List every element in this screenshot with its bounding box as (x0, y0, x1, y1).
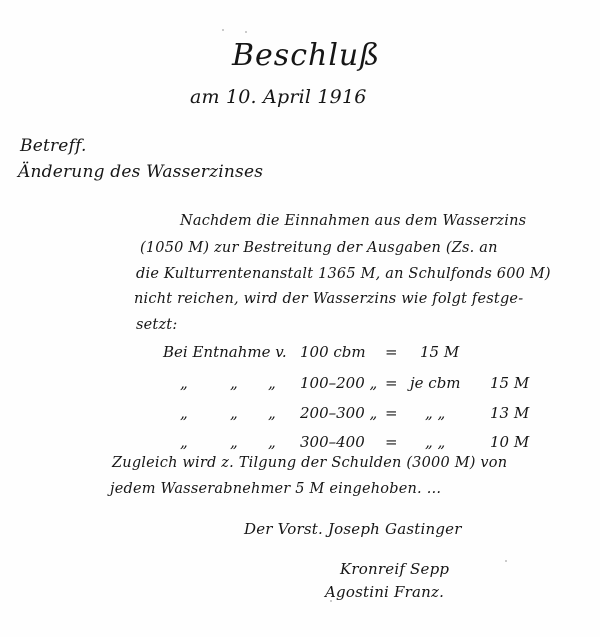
rate-price: 13 M (490, 404, 529, 422)
rate-equals: = (385, 404, 398, 422)
rate-equals: = (385, 433, 398, 451)
rate-range: 200–300 „ (300, 404, 377, 422)
scan-speck (260, 213, 262, 215)
subject-line: Änderung des Wasserzinses (18, 162, 263, 182)
scan-speck (222, 29, 224, 31)
rate-price: 10 M (490, 433, 529, 451)
body-line: (1050 M) zur Bestreitung der Ausgaben (Z… (140, 240, 498, 256)
ditto-mark: „ (180, 374, 188, 392)
rate-price: 15 M (490, 374, 529, 392)
signature-chairman: Der Vorst. Joseph Gastinger (244, 520, 462, 538)
ditto-mark: „ (180, 404, 188, 422)
rate-label: Bei Entnahme v. (163, 343, 287, 361)
scanned-document-page: Beschluß am 10. April 1916 Betreff. Ände… (0, 0, 600, 637)
rate-price: 15 M (420, 343, 459, 361)
rate-equals: = (385, 343, 398, 361)
closing-line: jedem Wasserabnehmer 5 M eingehoben. … (110, 481, 441, 497)
document-date: am 10. April 1916 (190, 86, 367, 108)
ditto-mark: „ (230, 404, 238, 422)
ditto-mark: „ (180, 433, 188, 451)
body-line: die Kulturrentenanstalt 1365 M, an Schul… (136, 266, 551, 282)
closing-line: Zugleich wird z. Tilgung der Schulden (3… (112, 455, 507, 471)
body-line: setzt: (136, 317, 177, 333)
scan-speck (505, 560, 507, 562)
body-line: Nachdem die Einnahmen aus dem Wasserzins (180, 213, 526, 229)
body-line: nicht reichen, wird der Wasserzins wie f… (134, 291, 523, 307)
ditto-mark: „ (230, 374, 238, 392)
rate-unit: je cbm (410, 374, 461, 392)
rate-unit: „ „ (425, 404, 445, 422)
rate-equals: = (385, 374, 398, 392)
ditto-mark: „ (268, 374, 276, 392)
document-title: Beschluß (232, 38, 380, 73)
ditto-mark: „ (268, 404, 276, 422)
betreff-label: Betreff. (20, 136, 87, 156)
signature: Kronreif Sepp (340, 560, 449, 578)
ditto-mark: „ (268, 433, 276, 451)
signature: Agostini Franz. (325, 583, 444, 601)
scan-speck (330, 600, 332, 602)
rate-range: 100 cbm (300, 343, 366, 361)
scan-speck (245, 31, 247, 33)
ditto-mark: „ (230, 433, 238, 451)
rate-range: 100–200 „ (300, 374, 377, 392)
rate-unit: „ „ (425, 433, 445, 451)
rate-range: 300–400 (300, 433, 365, 451)
